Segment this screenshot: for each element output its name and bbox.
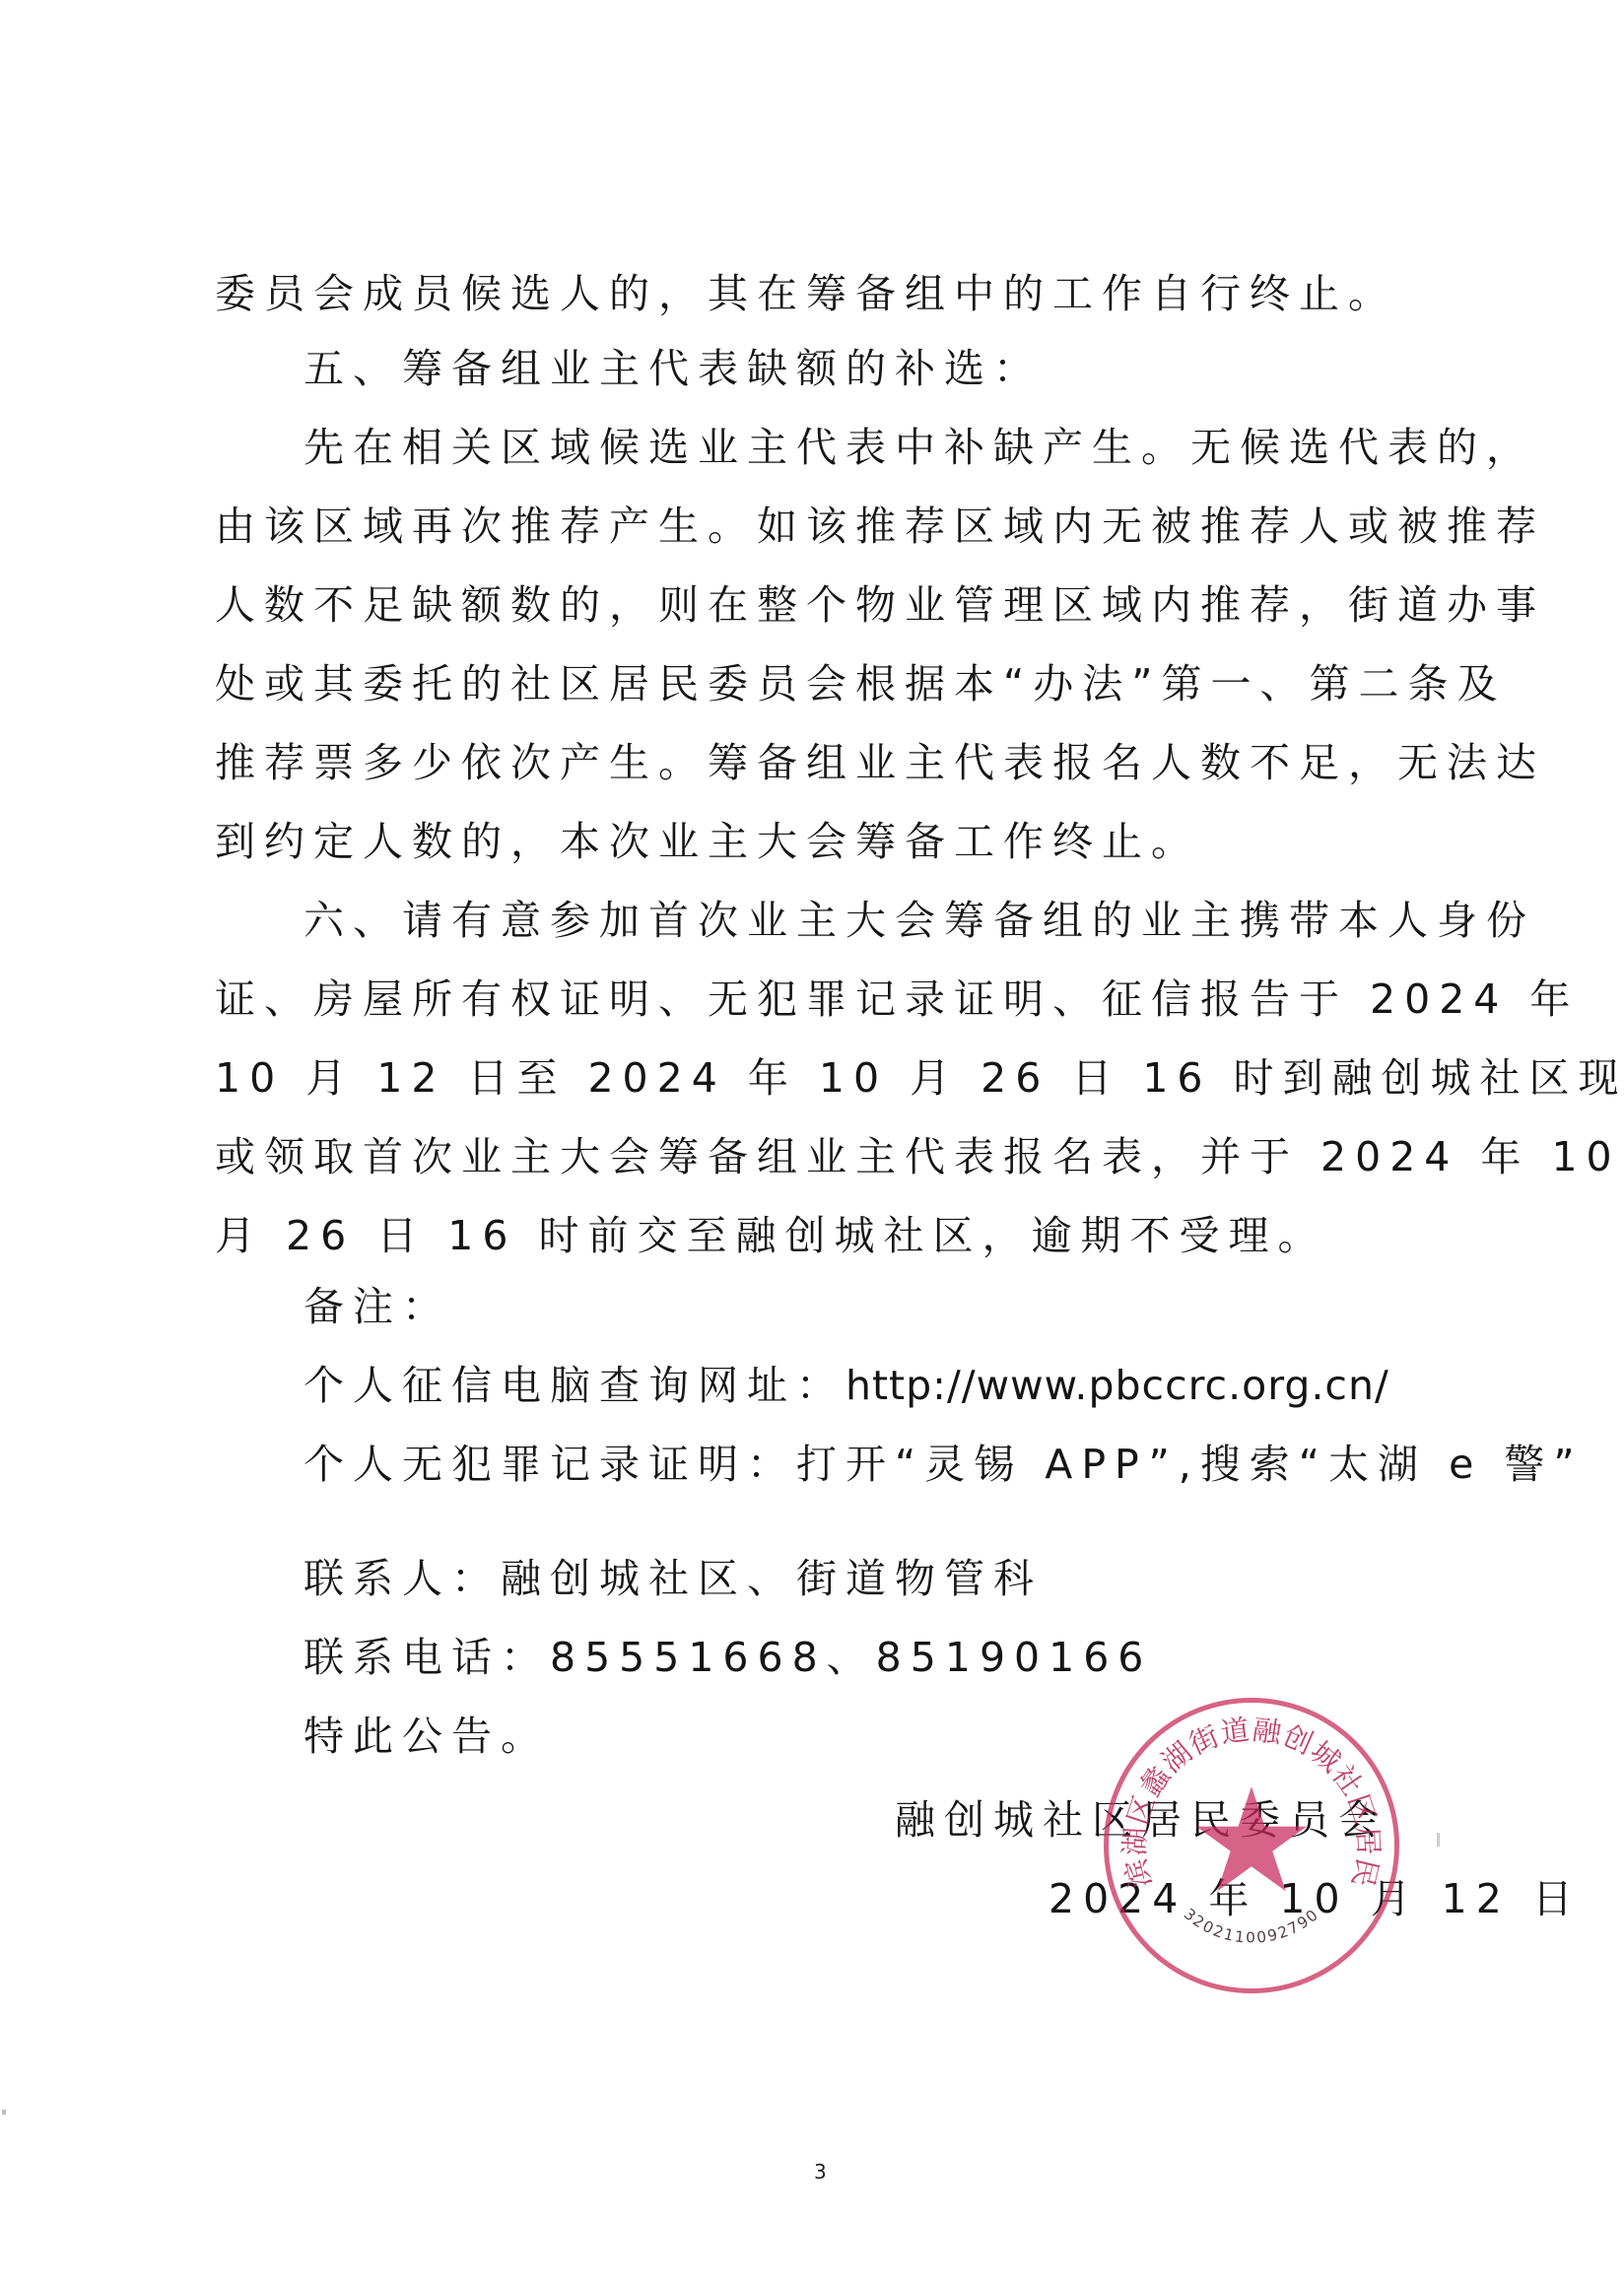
- paragraph-line: 月 26 日 16 时前交至融创城社区，逾期不受理。: [215, 1210, 1326, 1261]
- official-seal: 无锡市滨湖区蠡湖街道融创城社区居民委员会 3202110092790: [1104, 1698, 1399, 1993]
- section-heading-6: 六、请有意参加首次业主大会筹备组的业主携带本人身份: [304, 895, 1535, 946]
- paragraph-line: 人数不足缺额数的，则在整个物业管理区域内推荐，街道办事: [215, 579, 1545, 631]
- seal-number: 3202110092790: [1181, 1905, 1322, 1946]
- scan-speck: [2, 2110, 6, 2115]
- contact-phone: 联系电话：85551668、85190166: [304, 1632, 1152, 1683]
- credit-query-url[interactable]: http://www.pbccrc.org.cn/: [846, 1362, 1389, 1409]
- credit-query-line: 个人征信电脑查询网址：http://www.pbccrc.org.cn/: [304, 1360, 1389, 1411]
- notes-heading: 备注：: [304, 1281, 451, 1332]
- seal-star-icon: [1196, 1786, 1307, 1891]
- credit-query-label: 个人征信电脑查询网址：: [304, 1362, 846, 1409]
- svg-text:3202110092790: 3202110092790: [1181, 1905, 1322, 1946]
- paragraph-line: 先在相关区域候选业主代表中补缺产生。无候选代表的，: [304, 422, 1535, 473]
- paragraph-line: 到约定人数的，本次业主大会筹备工作终止。: [215, 816, 1200, 867]
- scan-speck: [1437, 1833, 1440, 1847]
- document-page: 委员会成员候选人的，其在筹备组中的工作自行终止。 五、筹备组业主代表缺额的补选：…: [0, 0, 1624, 2286]
- criminal-record-line: 个人无犯罪记录证明：打开“灵锡 APP”,搜索“太湖 e 警”: [304, 1439, 1584, 1490]
- closing-text: 特此公告。: [304, 1711, 550, 1762]
- paragraph-line: 委员会成员候选人的，其在筹备组中的工作自行终止。: [215, 268, 1397, 319]
- seal-graphic: 无锡市滨湖区蠡湖街道融创城社区居民委员会 3202110092790: [1109, 1703, 1394, 1988]
- paragraph-line: 处或其委托的社区居民委员会根据本“办法”第一、第二条及: [215, 658, 1506, 709]
- paragraph-line: 或领取首次业主大会筹备组业主代表报名表，并于 2024 年 10: [215, 1131, 1621, 1182]
- paragraph-line: 证、房屋所有权证明、无犯罪记录证明、征信报告于 2024 年: [215, 974, 1579, 1025]
- contact-person: 联系人：融创城社区、街道物管科: [304, 1553, 1043, 1604]
- section-heading-5: 五、筹备组业主代表缺额的补选：: [304, 343, 1043, 394]
- paragraph-line: 10 月 12 日至 2024 年 10 月 26 日 16 时到融创城社区现场…: [215, 1052, 1624, 1104]
- paragraph-line: 由该区域再次推荐产生。如该推荐区域内无被推荐人或被推荐: [215, 501, 1545, 552]
- page-number: 3: [814, 2160, 827, 2184]
- paragraph-line: 推荐票多少依次产生。筹备组业主代表报名人数不足，无法达: [215, 737, 1545, 788]
